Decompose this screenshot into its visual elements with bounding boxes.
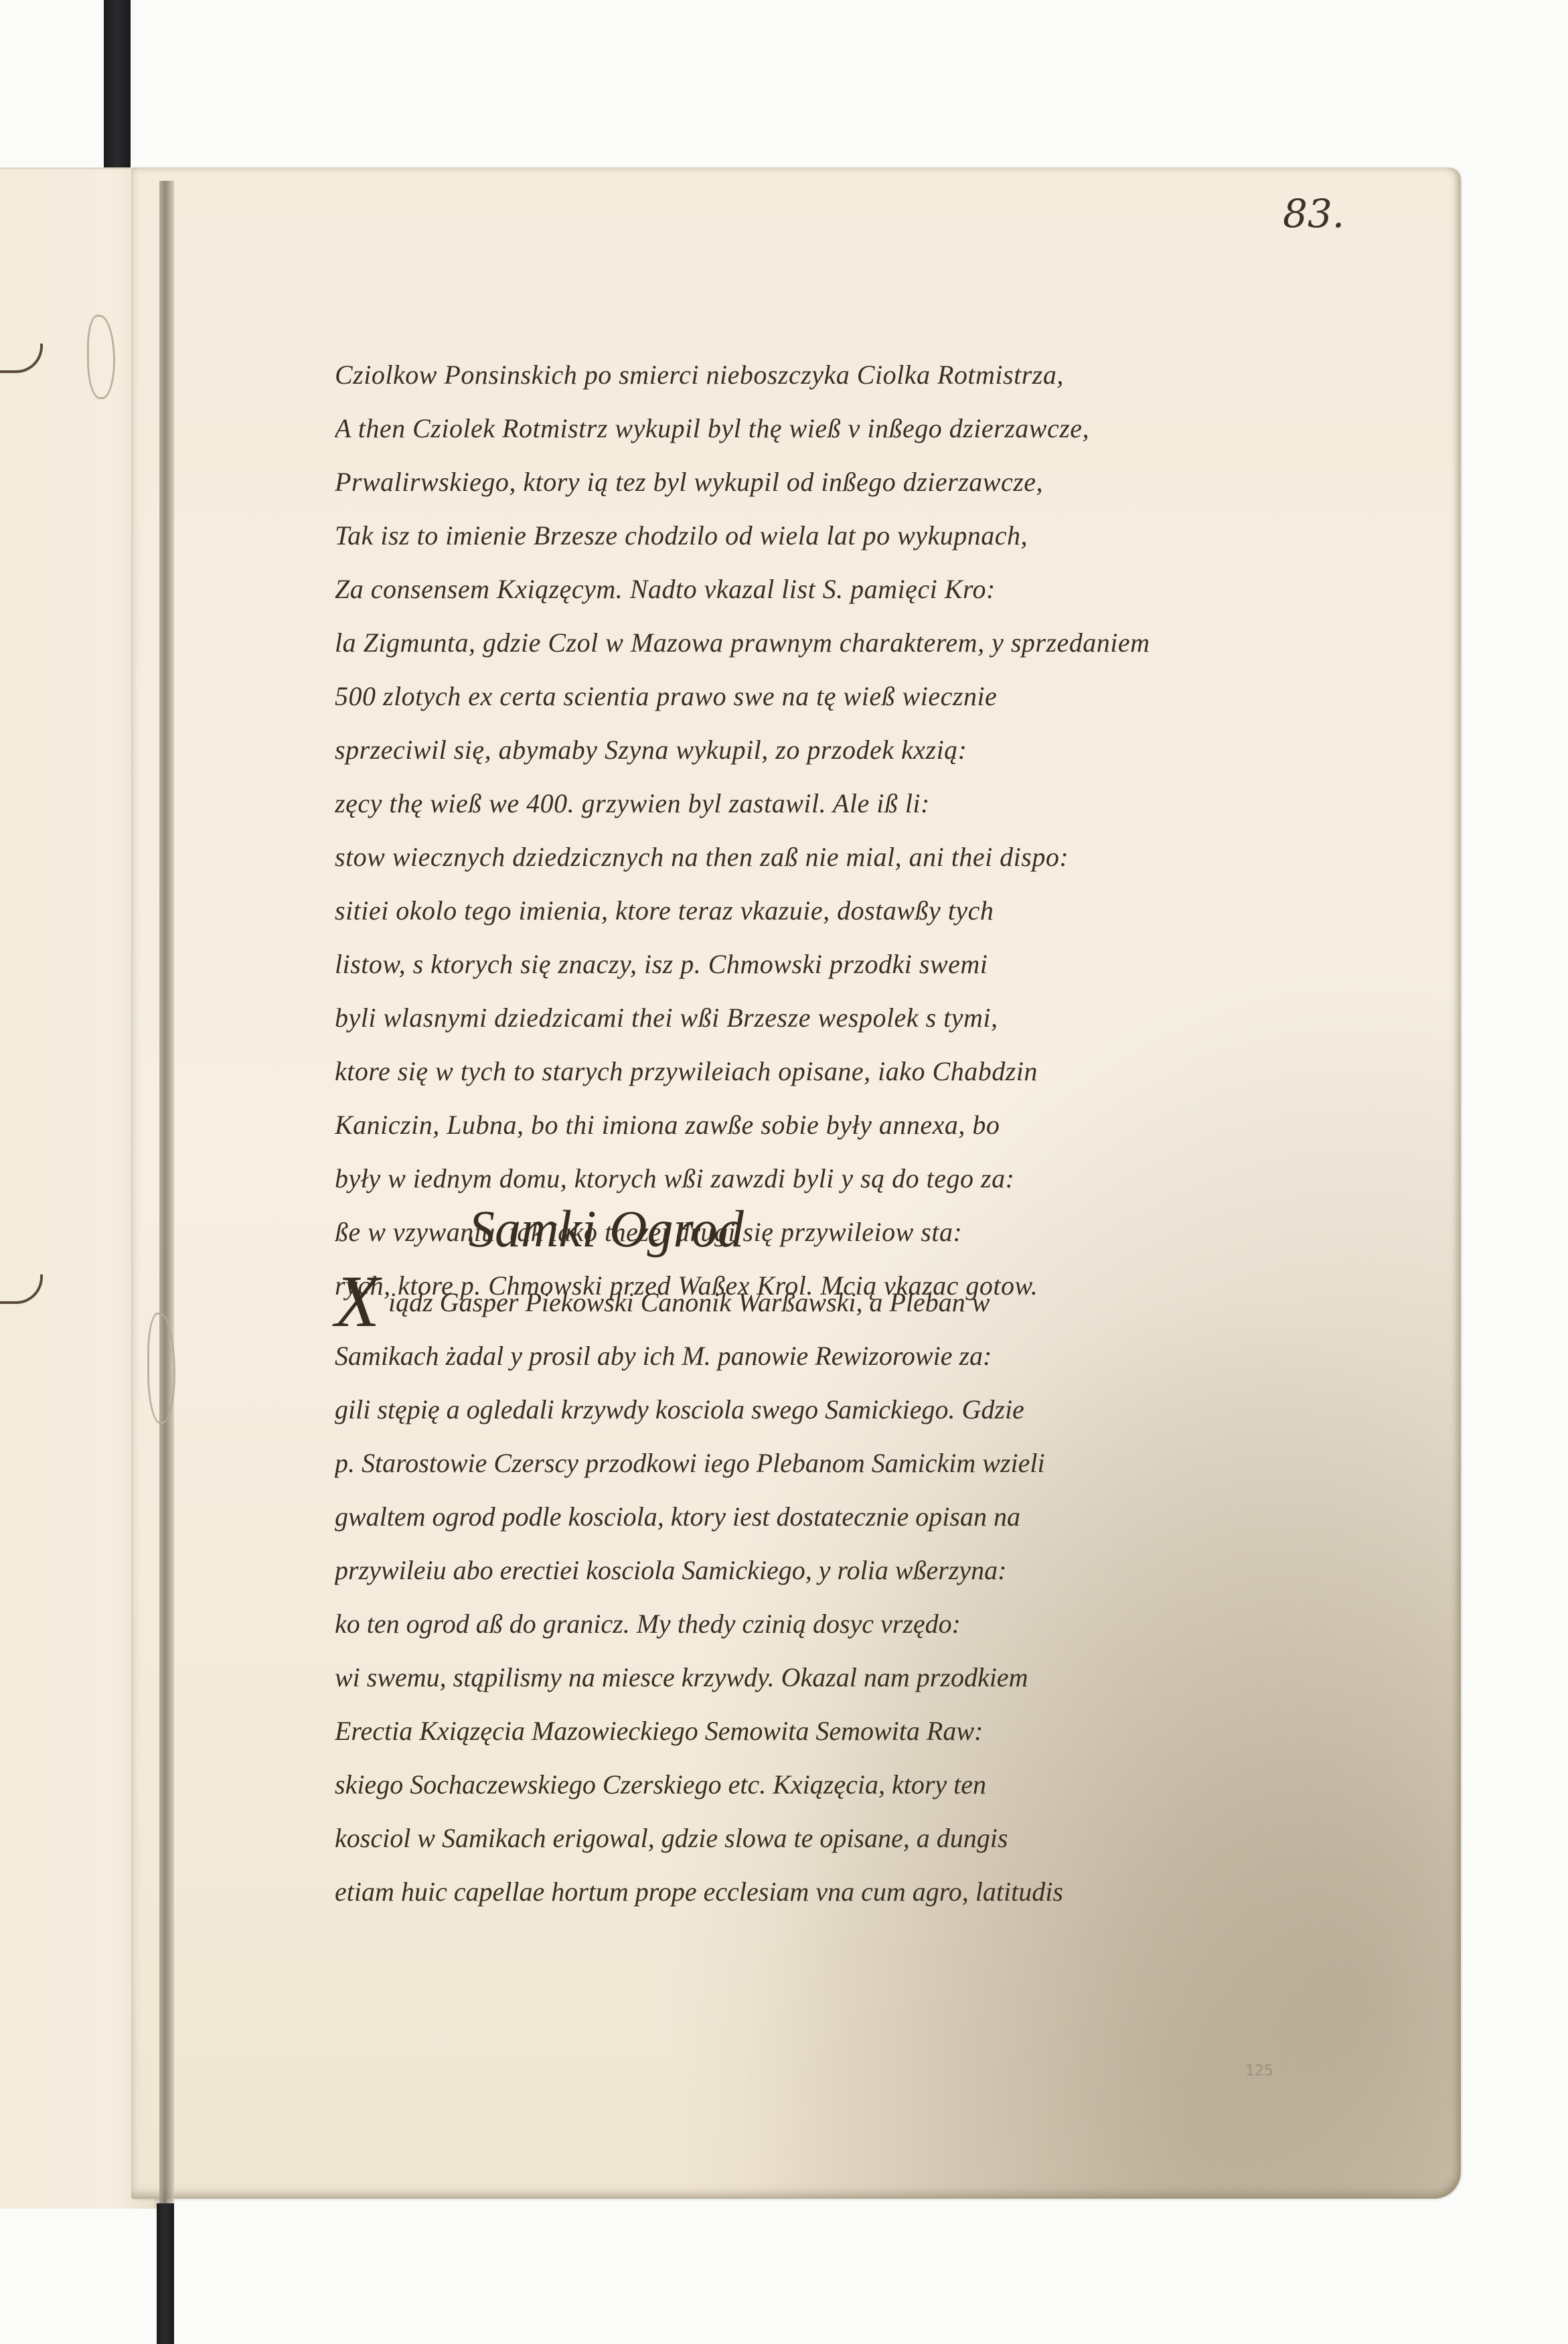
text-line: ktore się w tych to starych przywileiach… xyxy=(335,1045,1259,1098)
text-line: Za consensem Kxiązęcym. Nadto vkazal lis… xyxy=(335,563,1259,616)
text-line: A then Cziolek Rotmistrz wykupil byl thę… xyxy=(335,402,1259,455)
text-line: gili stępię a ogledali krzywdy kosciola … xyxy=(335,1383,1259,1437)
text-line: sitiei okolo tego imienia, ktore teraz v… xyxy=(335,884,1259,938)
text-line: kosciol w Samikach erigowal, gdzie slowa… xyxy=(335,1812,1259,1865)
text-line: p. Starostowie Czerscy przodkowi iego Pl… xyxy=(335,1437,1259,1490)
text-line: listow, s ktorych się znaczy, isz p. Chm… xyxy=(335,938,1259,991)
text-line: skiego Sochaczewskiego Czerskiego etc. K… xyxy=(335,1758,1259,1812)
bookmark-ribbon-bottom xyxy=(157,2203,174,2344)
text-line: sprzeciwil się, abymaby Szyna wykupil, z… xyxy=(335,723,1259,777)
text-line: iądz Gasper Piekowski Canonik Warßawski,… xyxy=(335,1276,1259,1329)
ink-flourish-mark xyxy=(0,1274,43,1304)
text-line: etiam huic capellae hortum prope ecclesi… xyxy=(335,1865,1259,1919)
text-line: Cziolkow Ponsinskich po smierci nieboszc… xyxy=(335,348,1259,402)
book-gutter xyxy=(159,181,174,2210)
text-line: Prwalirwskiego, ktory ią tez byl wykupil… xyxy=(335,455,1259,509)
faint-stamp-mark: 125 xyxy=(1245,2063,1285,2083)
text-line: gwaltem ogrod podle kosciola, ktory iest… xyxy=(335,1490,1259,1544)
text-line: Erectia Kxiązęcia Mazowieckiego Semowita… xyxy=(335,1704,1259,1758)
section-heading: Samki Ogrod xyxy=(469,1199,744,1259)
text-line: la Zigmunta, gdzie Czol w Mazowa prawnym… xyxy=(335,616,1259,670)
text-line: byli wlasnymi dziedzicami thei wßi Brzes… xyxy=(335,991,1259,1045)
text-line: zęcy thę wieß we 400. grzywien byl zasta… xyxy=(335,777,1259,830)
text-line: były w iednym domu, ktorych wßi zawzdi b… xyxy=(335,1152,1259,1205)
text-line: Samikach żadal y prosil aby ich M. panow… xyxy=(335,1329,1259,1383)
text-line: ko ten ogrod aß do granicz. My thedy czi… xyxy=(335,1597,1259,1651)
text-line: Tak isz to imienie Brzesze chodzilo od w… xyxy=(335,509,1259,563)
paragraph-1: Cziolkow Ponsinskich po smierci nieboszc… xyxy=(335,348,1259,1313)
text-line: stow wiecznych dziedzicznych na then zaß… xyxy=(335,830,1259,884)
folio-number: 83. xyxy=(1283,191,1344,236)
text-line: 500 zlotych ex certa scientia prawo swe … xyxy=(335,670,1259,723)
text-line: Kaniczin, Lubna, bo thi imiona zawße sob… xyxy=(335,1098,1259,1152)
text-line: przywileiu abo erectiei kosciola Samicki… xyxy=(335,1544,1259,1597)
bookmark-ribbon-top xyxy=(104,0,131,181)
paragraph-2: iądz Gasper Piekowski Canonik Warßawski,… xyxy=(335,1276,1259,1919)
ink-flourish-mark xyxy=(0,344,43,373)
text-line: wi swemu, stąpilismy na miesce krzywdy. … xyxy=(335,1651,1259,1704)
